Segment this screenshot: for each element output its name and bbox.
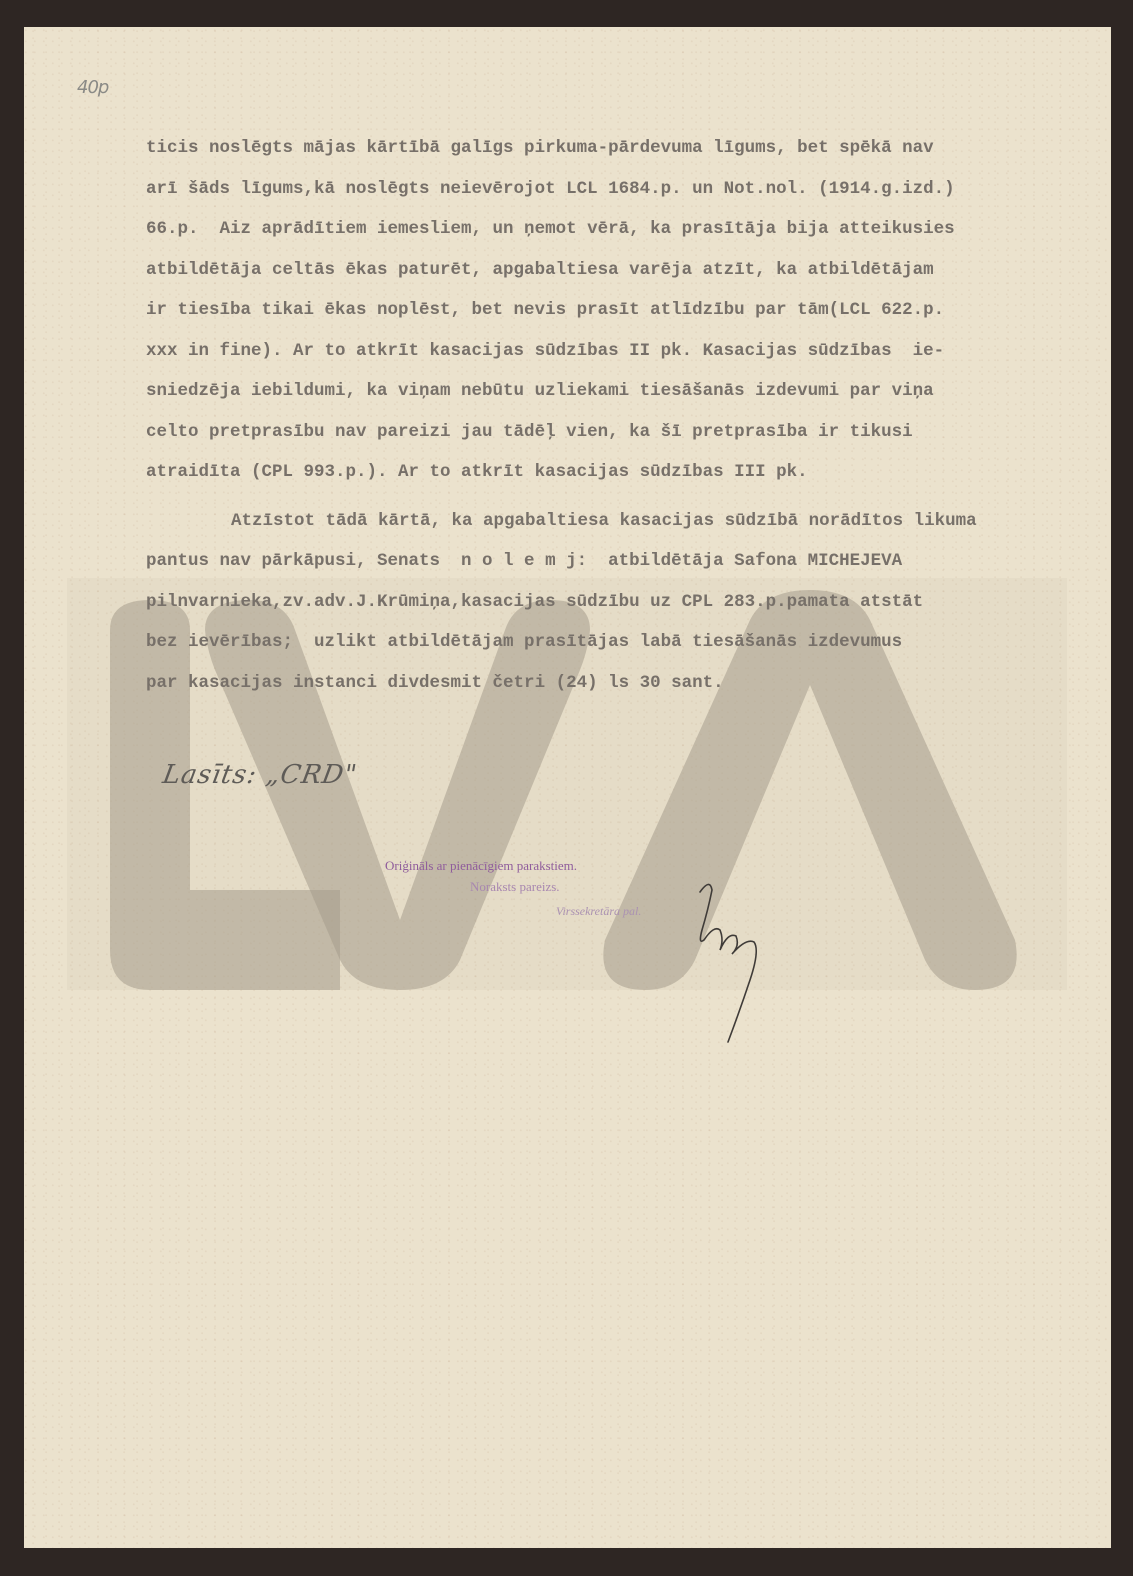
handwritten-note: Lasīts: „CRD"	[160, 760, 359, 790]
text-line: atbildētāja celtās ēkas paturēt, apgabal…	[146, 250, 1086, 291]
text-line: sniedzēja iebildumi, ka viņam nebūtu uzl…	[146, 371, 1086, 412]
text-line: ticis noslēgts mājas kārtībā galīgs pirk…	[146, 128, 1086, 169]
stamp-line-secretary: Virssekretāra pal.	[556, 904, 641, 919]
signature-icon	[680, 870, 790, 1050]
document-body: ticis noslēgts mājas kārtībā galīgs pirk…	[146, 128, 1086, 703]
text-line: celto pretprasību nav pareizi jau tādēļ …	[146, 412, 1086, 453]
text-line: par kasacijas instanci divdesmit četri (…	[146, 663, 1086, 704]
paragraph-1: ticis noslēgts mājas kārtībā galīgs pirk…	[146, 128, 1086, 493]
text-line: ir tiesība tikai ēkas noplēst, bet nevis…	[146, 290, 1086, 331]
text-line: xxx in fine). Ar to atkrīt kasacijas sūd…	[146, 331, 1086, 372]
text-line: bez ievērības; uzlikt atbildētājam prasī…	[146, 622, 1086, 663]
text-line: 66.p. Aiz aprādītiem iemesliem, un ņemot…	[146, 209, 1086, 250]
stamp-line-original: Oriģināls ar pienācīgiem parakstiem.	[385, 858, 577, 874]
text-line: pilnvarnieka,zv.adv.J.Krūmiņa,kasacijas …	[146, 582, 1086, 623]
text-line: pantus nav pārkāpusi, Senats n o l e m j…	[146, 541, 1086, 582]
stamp-line-copy-correct: Noraksts pareizs.	[470, 879, 560, 895]
text-line: arī šāds līgums,kā noslēgts neievērojot …	[146, 169, 1086, 210]
text-line: atraidīta (CPL 993.p.). Ar to atkrīt kas…	[146, 452, 1086, 493]
paragraph-2: Atzīstot tādā kārtā, ka apgabaltiesa kas…	[146, 501, 1086, 704]
folio-number: 40p	[77, 77, 108, 98]
text-line: Atzīstot tādā kārtā, ka apgabaltiesa kas…	[146, 501, 1086, 542]
